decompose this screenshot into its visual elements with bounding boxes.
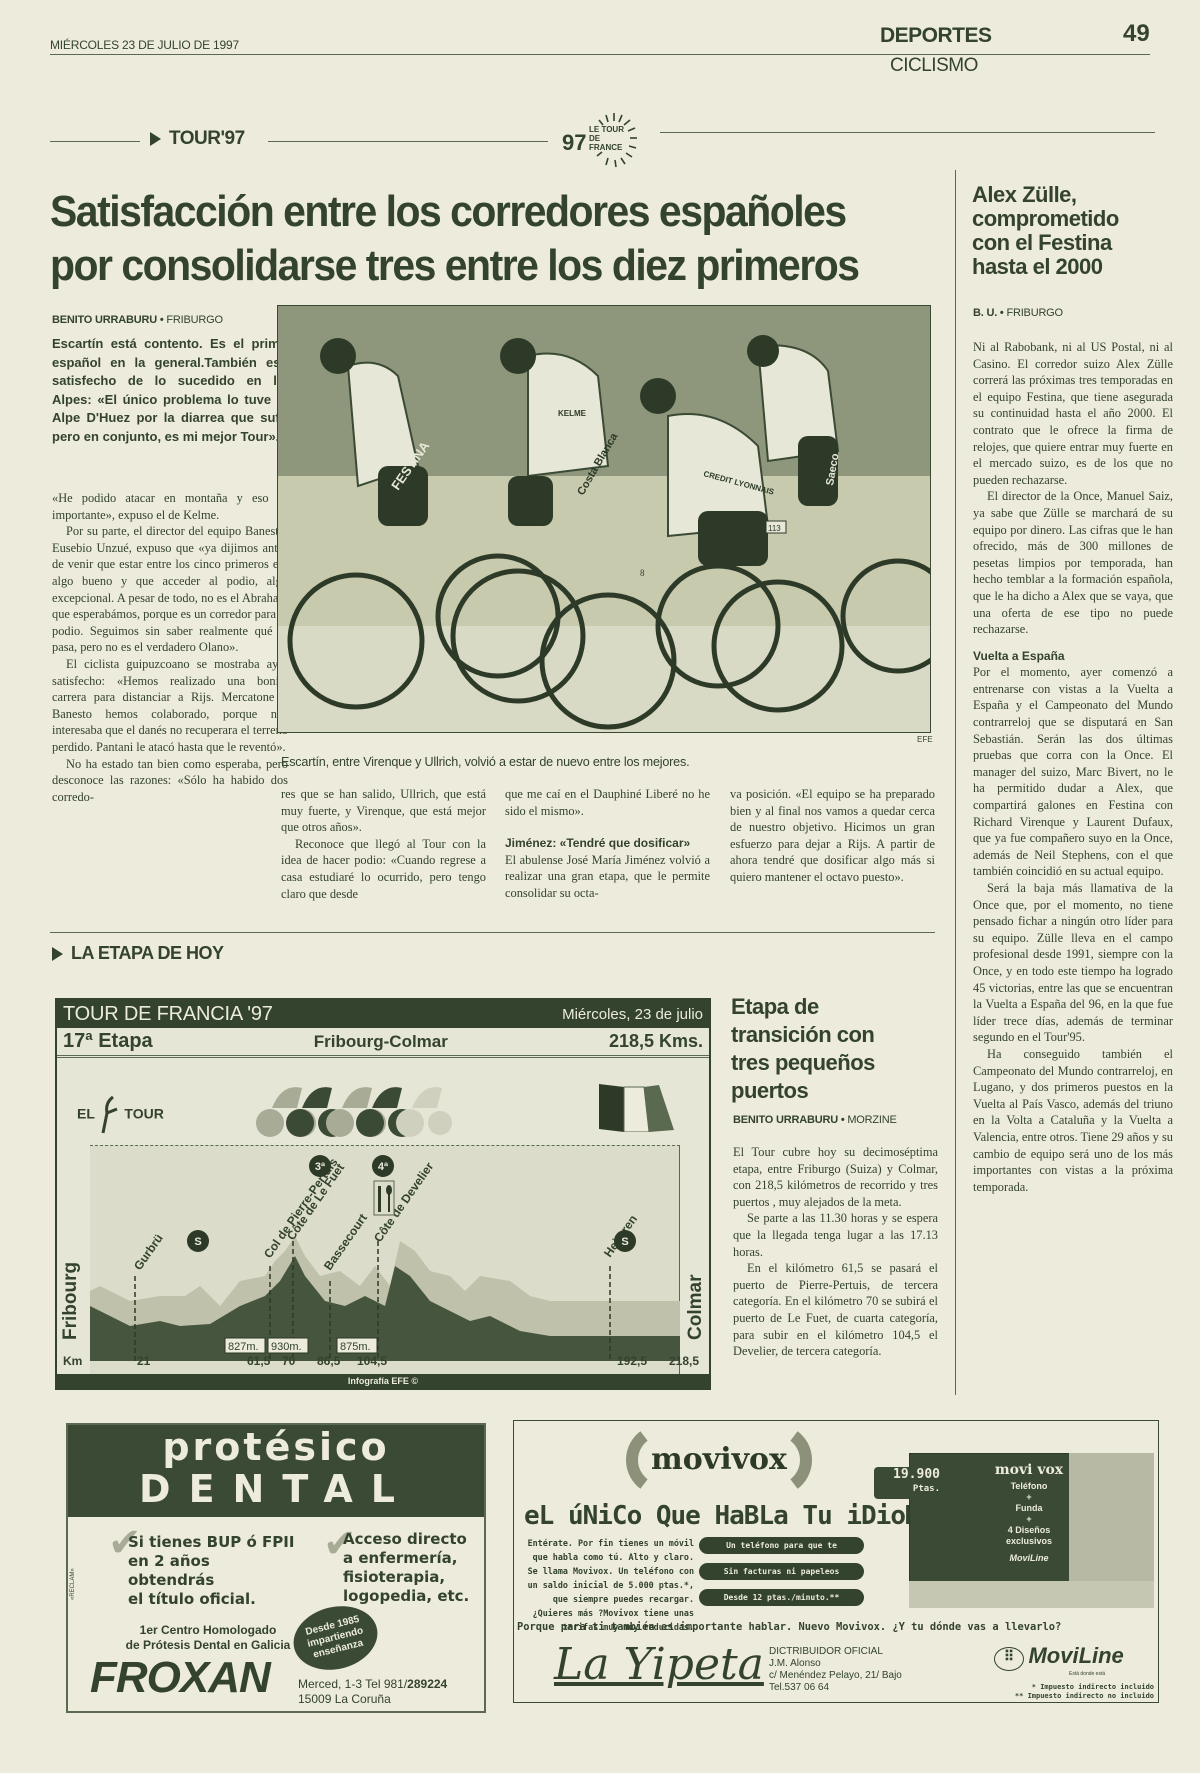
svg-text:S: S xyxy=(621,1236,628,1248)
svg-text:4ª: 4ª xyxy=(378,1161,389,1173)
movivox-body: Entérate. Por fin tienes un móvil que ha… xyxy=(519,1536,694,1634)
movivox-feature-pill: Desde 12 ptas./minuto.** xyxy=(699,1589,864,1606)
movivox-footnotes: * Impuesto indirecto incluido** Impuesto… xyxy=(984,1683,1154,1701)
infographic-stage-bar: 17ª Etapa Fribourg-Colmar 218,5 Kms. xyxy=(57,1028,709,1058)
movivox-price: 19.900 Ptas. xyxy=(874,1467,944,1499)
main-headline: Satisfacción entre los corredores españo… xyxy=(50,185,859,293)
svg-text:movivox: movivox xyxy=(651,1442,788,1477)
svg-text:8: 8 xyxy=(640,568,645,578)
cyclists-photo: FESTINA KELME Costa Blanca CREDIT LYONNA… xyxy=(277,305,931,733)
tour-de-france-logo: 97 LE TOUR DE FRANCE xyxy=(556,108,648,178)
dealer-info: DICTRIBUIDOR OFICIALJ.M. Alonsoc/ Menénd… xyxy=(769,1646,902,1694)
kicker-label: TOUR'97 xyxy=(169,128,245,150)
paragraph: que me caí en el Dauphiné Liberé no he s… xyxy=(505,786,710,819)
el-tour-logo: EL TOUR xyxy=(77,1095,164,1135)
svg-text:LE TOUR: LE TOUR xyxy=(589,125,624,134)
column-divider xyxy=(955,170,956,1395)
kicker-tour97: TOUR'97 xyxy=(150,128,245,150)
section-title: DEPORTES xyxy=(880,24,992,48)
moviline-logo: ⠿ MoviLine Está donde está xyxy=(994,1643,1124,1677)
paragraph: El abulense José María Jiménez volvió a … xyxy=(505,852,710,902)
kicker-label: LA ETAPA DE HOY xyxy=(71,943,224,964)
ad-dental-badge: Desde 1985impartiendoenseñanza xyxy=(287,1598,384,1679)
photo-credit: EFE xyxy=(917,735,933,744)
triangle-bullet-icon xyxy=(52,947,63,961)
ad-dental-point-2: Acceso directoa enfermería,fisioterapia,… xyxy=(343,1530,469,1606)
paragraph: En el kilómetro 61,5 se pasará el puerto… xyxy=(733,1260,938,1360)
ad-movivox[interactable]: movivox eL úNiCo Que HaBLa Tu iDioMa Ent… xyxy=(513,1420,1159,1703)
svg-text:DE: DE xyxy=(589,134,601,143)
main-column-4: va posición. «El equipo se ha preparado … xyxy=(730,786,935,886)
ad-dental-address: Merced, 1-3 Tel 981/289224 15009 La Coru… xyxy=(298,1677,447,1707)
headline-line-1: Satisfacción entre los corredores españo… xyxy=(50,185,859,239)
km-axis: Km 21 61,5 70 86,5 104,5 192,5 218,5 xyxy=(57,1354,709,1370)
movivox-logo: movivox xyxy=(619,1429,819,1491)
svg-text:S: S xyxy=(194,1236,201,1248)
cyclist-logo-icon xyxy=(99,1095,121,1135)
paragraph: Se parte a las 11.30 horas y se espera q… xyxy=(733,1210,938,1260)
kicker-rule-right xyxy=(660,132,1155,133)
cyclists-image-icon: FESTINA KELME Costa Blanca CREDIT LYONNA… xyxy=(278,306,931,733)
finish-city-label: Colmar xyxy=(685,1200,709,1350)
paragraph: res que se han salido, Ullrich, que está… xyxy=(281,786,486,836)
paragraph: El Tour cubre hoy su decimoséptima etapa… xyxy=(733,1144,938,1210)
svg-text:97: 97 xyxy=(562,130,586,155)
svg-text:KELME: KELME xyxy=(558,409,587,418)
section-rule xyxy=(50,932,935,933)
movivox-tagline: Porque para ti también es importante hab… xyxy=(517,1621,1061,1633)
sunburst-icon: 97 LE TOUR DE FRANCE xyxy=(556,108,648,178)
ad-dental-banner: protésico DENTAL xyxy=(68,1425,484,1517)
stage-infographic: TOUR DE FRANCIA '97 Miércoles, 23 de jul… xyxy=(55,998,711,1390)
issue-date: MIÉRCOLES 23 DE JULIO DE 1997 xyxy=(50,38,239,52)
page-number: 49 xyxy=(1123,20,1150,48)
photo-caption: Escartín, entre Virenque y Ullrich, volv… xyxy=(281,755,689,769)
start-city-label: Fribourg xyxy=(60,1200,84,1350)
fork-knife-icon xyxy=(374,1181,394,1215)
froxan-logo: FROXAN xyxy=(90,1653,270,1703)
byline-location: FRIBURGO xyxy=(1006,307,1062,319)
triangle-bullet-icon xyxy=(150,132,161,146)
stage-number: 17ª Etapa xyxy=(63,1030,153,1053)
subhead-jimenez: Jiménez: «Tendré que dosificar» xyxy=(505,835,710,852)
la-yipeta-logo: La Yipeta xyxy=(554,1639,764,1690)
stage-route: Fribourg-Colmar xyxy=(314,1032,448,1052)
svg-text:875m.: 875m. xyxy=(340,1341,371,1353)
movivox-slogan: eL úNiCo Que HaBLa Tu iDioMa xyxy=(524,1501,934,1531)
paragraph: va posición. «El equipo se ha preparado … xyxy=(730,786,935,886)
movivox-product-box: 19.900 Ptas. movi vox Teléfono + Funda +… xyxy=(874,1453,1154,1608)
paragraph: No ha estado tan bien como esperaba, per… xyxy=(52,756,288,806)
paragraph: Reconoce que llegó al Tour con la idea d… xyxy=(281,836,486,902)
ad-dental-point-1: Si tienes BUP ó FPIIen 2 añosobtendrásel… xyxy=(128,1533,294,1609)
kicker-rule-left xyxy=(50,141,140,142)
paragraph: El director de la Once, Manuel Saiz, ya … xyxy=(973,488,1173,637)
paragraph: El ciclista guipuzcoano se mostraba ayer… xyxy=(52,656,288,756)
svg-text:FRANCE: FRANCE xyxy=(589,143,623,152)
paragraph: Será la baja más llamativa de la Once qu… xyxy=(973,880,1173,1046)
infographic-title: TOUR DE FRANCIA '97 xyxy=(63,1003,273,1026)
header-rule xyxy=(50,54,1150,55)
svg-text:930m.: 930m. xyxy=(271,1341,302,1353)
main-byline: BENITO URRABURU • FRIBURGO xyxy=(52,314,223,326)
moviline-keypad-icon: ⠿ xyxy=(994,1647,1024,1671)
infographic-credit: Infografía EFE © xyxy=(57,1374,709,1388)
stage-distance: 218,5 Kms. xyxy=(609,1031,703,1052)
french-flag-icon xyxy=(597,1082,677,1132)
paragraph: Por su parte, el director del equipo Ban… xyxy=(52,523,288,656)
article-lead: Escartín está contento. Es el primer esp… xyxy=(52,335,292,446)
byline-location: FRIBURGO xyxy=(166,314,222,326)
headline-line-2: por consolidarse tres entre los diez pri… xyxy=(50,239,859,293)
elevation-profile: Gurbrü Col de Pierre-Pertuis Côte de Le … xyxy=(90,1146,680,1388)
movivox-feature-pill: Un teléfono para que te administres tú s… xyxy=(699,1537,864,1554)
paragraph: «He podido atacar en montaña y eso es im… xyxy=(52,490,288,523)
movivox-box-contents: movi vox Teléfono + Funda + 4 Diseños ex… xyxy=(994,1463,1064,1564)
side-byline: B. U. • FRIBURGO xyxy=(973,307,1063,319)
stage-article-body: El Tour cubre hoy su decimoséptima etapa… xyxy=(733,1144,938,1360)
kicker-etapa: LA ETAPA DE HOY xyxy=(52,943,224,964)
infographic-date: Miércoles, 23 de julio xyxy=(562,1006,703,1023)
main-column-2: res que se han salido, Ullrich, que está… xyxy=(281,786,486,902)
main-column-1: «He podido atacar en montaña y eso es im… xyxy=(52,490,288,805)
svg-text:827m.: 827m. xyxy=(228,1341,259,1353)
ad-protesico-dental[interactable]: protésico DENTAL ✔ ✔ Si tienes BUP ó FPI… xyxy=(66,1423,486,1713)
peloton-icon xyxy=(252,1078,452,1138)
main-column-3: que me caí en el Dauphiné Liberé no he s… xyxy=(505,786,710,902)
byline-author: BENITO URRABURU xyxy=(52,314,157,326)
stage-article-headline: Etapa de transición con tres pequeños pu… xyxy=(731,993,875,1105)
infographic-title-bar: TOUR DE FRANCIA '97 Miércoles, 23 de jul… xyxy=(57,1000,709,1028)
svg-text:113: 113 xyxy=(768,524,781,533)
subsection-title: CICLISMO xyxy=(890,55,978,77)
svg-text:3ª: 3ª xyxy=(315,1161,326,1173)
paragraph: Ha conseguido también el Campeonato del … xyxy=(973,1046,1173,1195)
svg-text:Bassecourt: Bassecourt xyxy=(321,1211,370,1273)
movivox-feature-pill: Sin facturas ni papeleos xyxy=(699,1563,864,1580)
side-headline: Alex Zülle, comprometido con el Festina … xyxy=(972,183,1119,279)
byline-author: B. U. xyxy=(973,307,997,319)
elevation-profile-chart: Gurbrü Col de Pierre-Pertuis Côte de Le … xyxy=(90,1145,680,1387)
ad-dental-center: 1er Centro Homologadode Prótesis Dental … xyxy=(108,1623,308,1653)
kicker-rule-mid xyxy=(268,141,548,142)
paragraph: Ni al Rabobank, ni al US Postal, ni al C… xyxy=(973,339,1173,488)
paragraph: Por el momento, ayer comenzó a entrenars… xyxy=(973,664,1173,880)
ad-dental-tag: «RECLAM» xyxy=(70,1568,76,1600)
stage-byline: BENITO URRABURU • MORZINE xyxy=(733,1114,897,1126)
side-article-body: Ni al Rabobank, ni al US Postal, ni al C… xyxy=(973,339,1173,1195)
svg-text:Gurbrü: Gurbrü xyxy=(131,1231,166,1272)
subhead-vuelta: Vuelta a España xyxy=(973,648,1173,665)
